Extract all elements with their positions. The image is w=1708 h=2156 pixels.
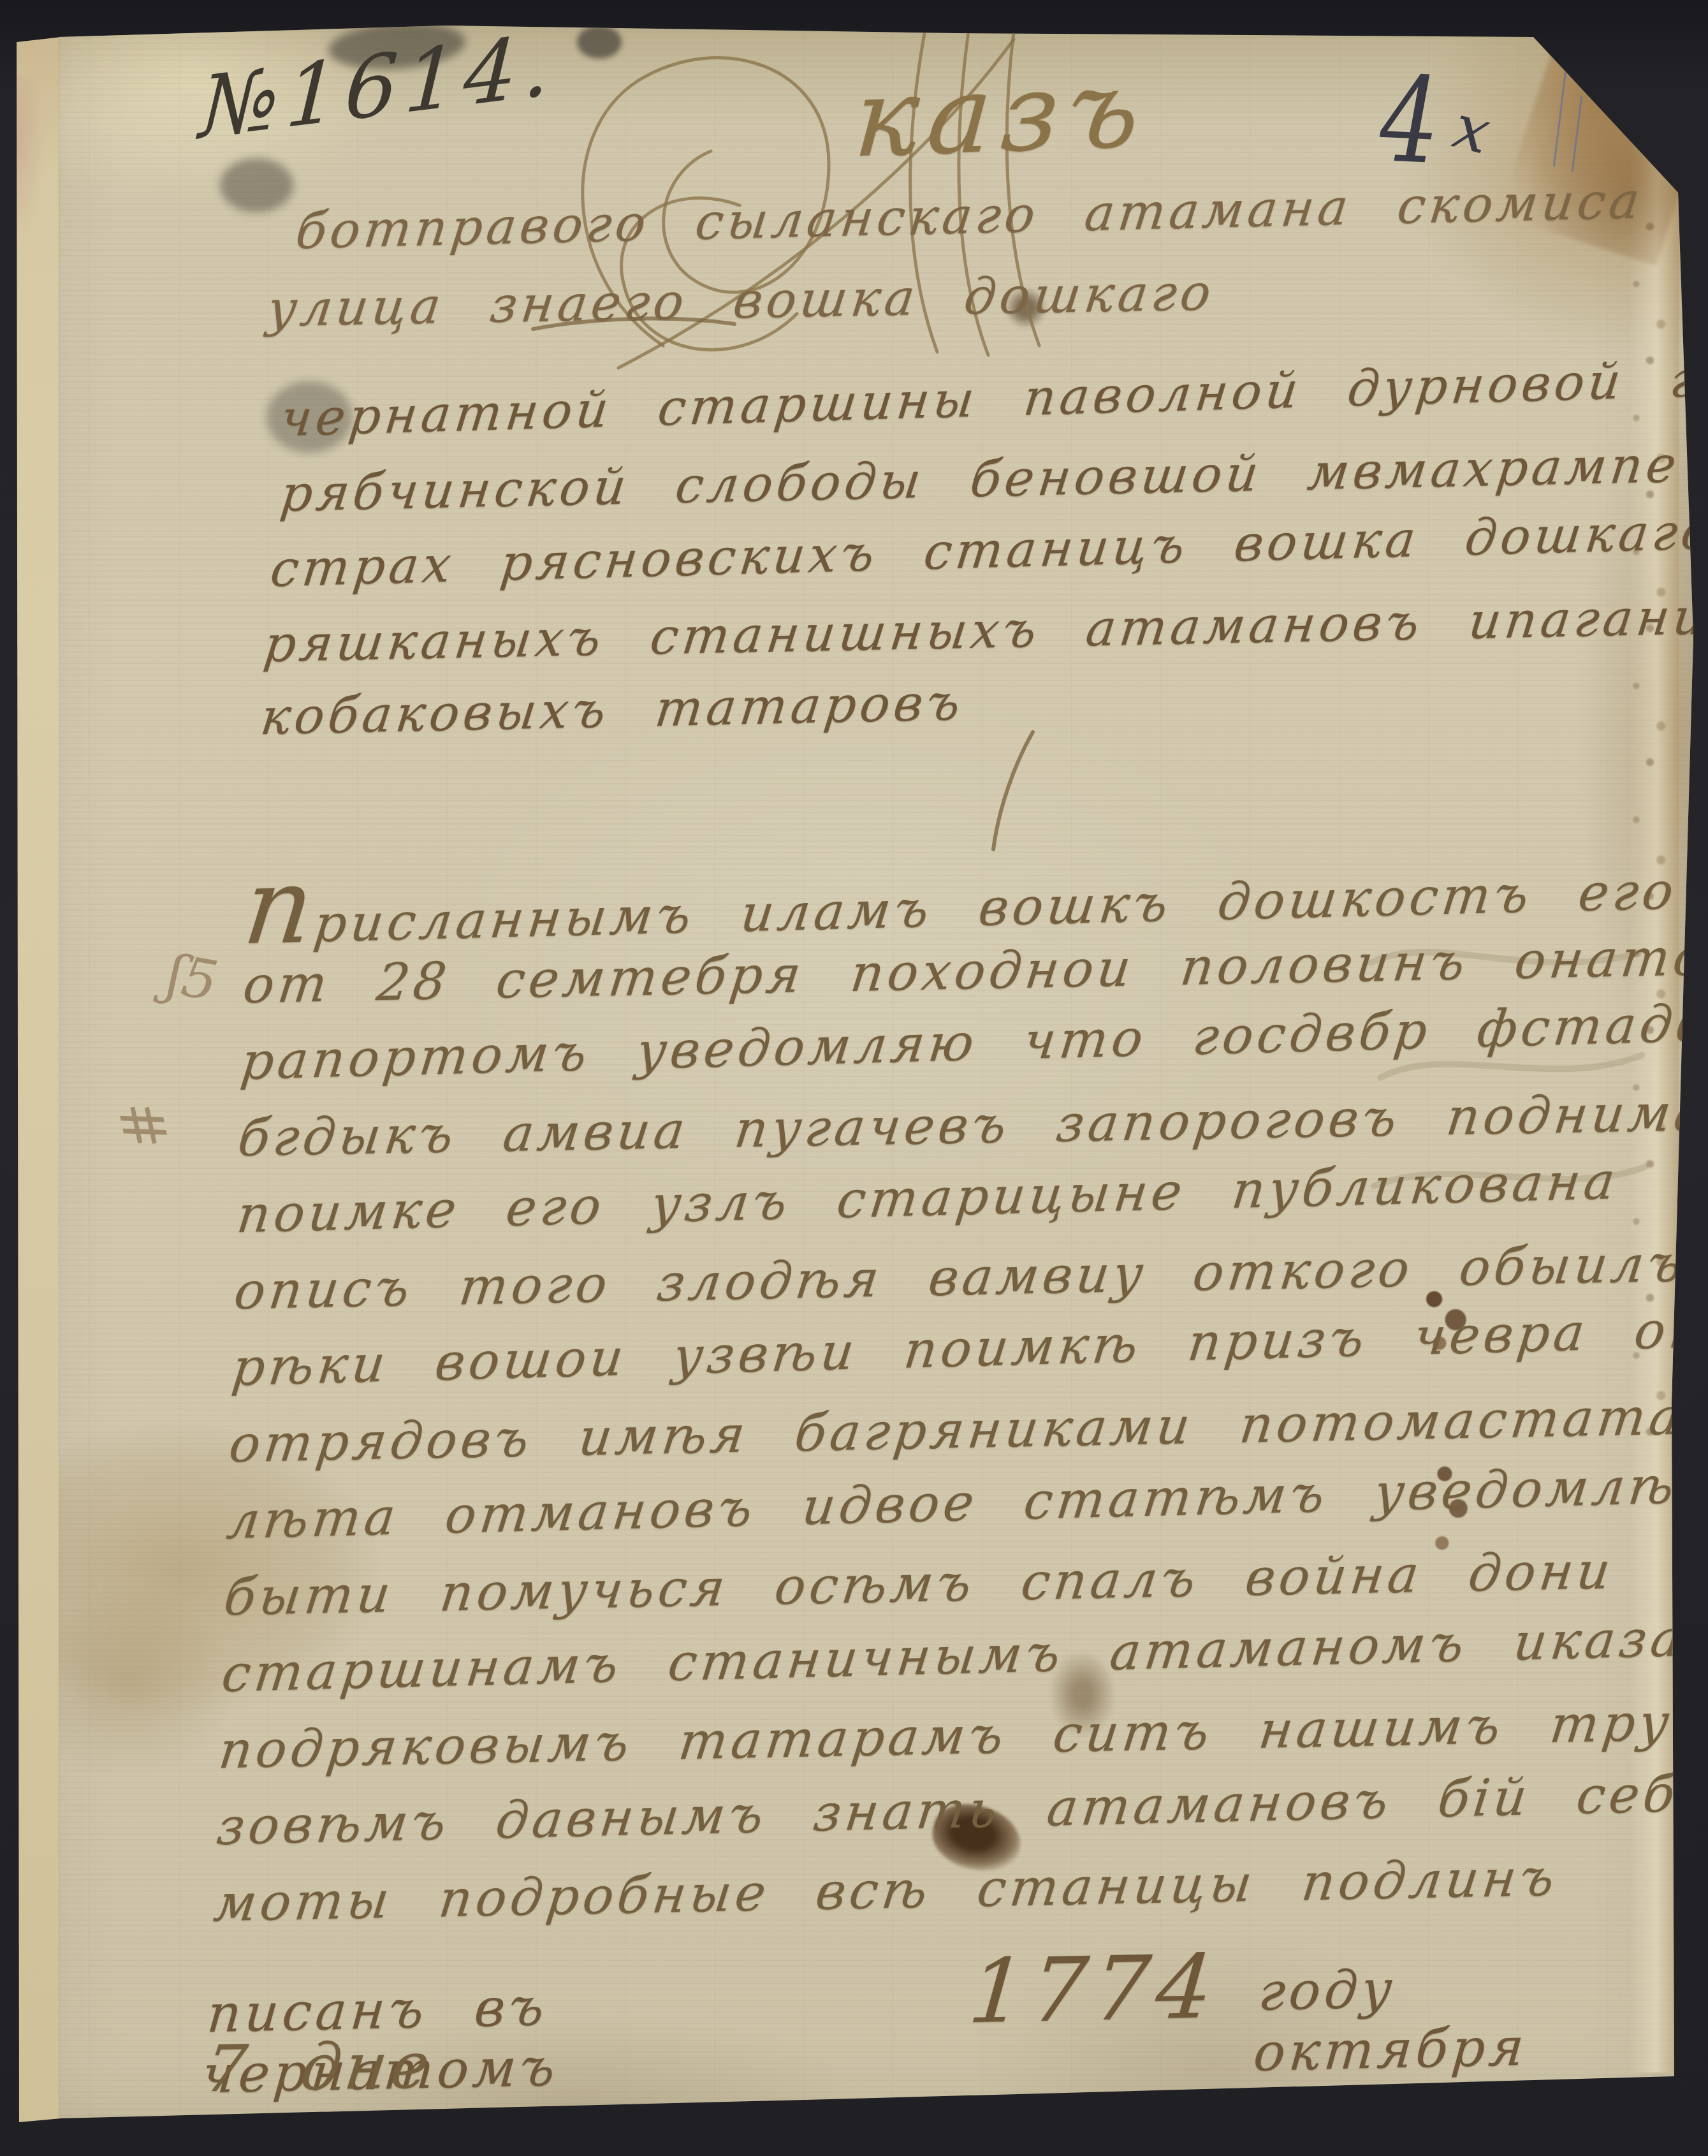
left-smudge bbox=[220, 158, 293, 212]
manuscript-paper: №1614. казъ 4 x ʃ5 # ботправого сыланска… bbox=[0, 0, 1708, 2156]
scanned-manuscript: №1614. казъ 4 x ʃ5 # ботправого сыланска… bbox=[0, 0, 1708, 2156]
day-line: 7 дне bbox=[201, 2028, 437, 2106]
pink-stain bbox=[0, 77, 45, 242]
folio-number: 4 bbox=[1378, 50, 1441, 191]
year-figure: 1774 bbox=[965, 1935, 1223, 2044]
date-suffix: году октября bbox=[1252, 1953, 1705, 2083]
title-calligraphy: казъ bbox=[850, 46, 1153, 182]
separator-stroke bbox=[983, 727, 1047, 854]
